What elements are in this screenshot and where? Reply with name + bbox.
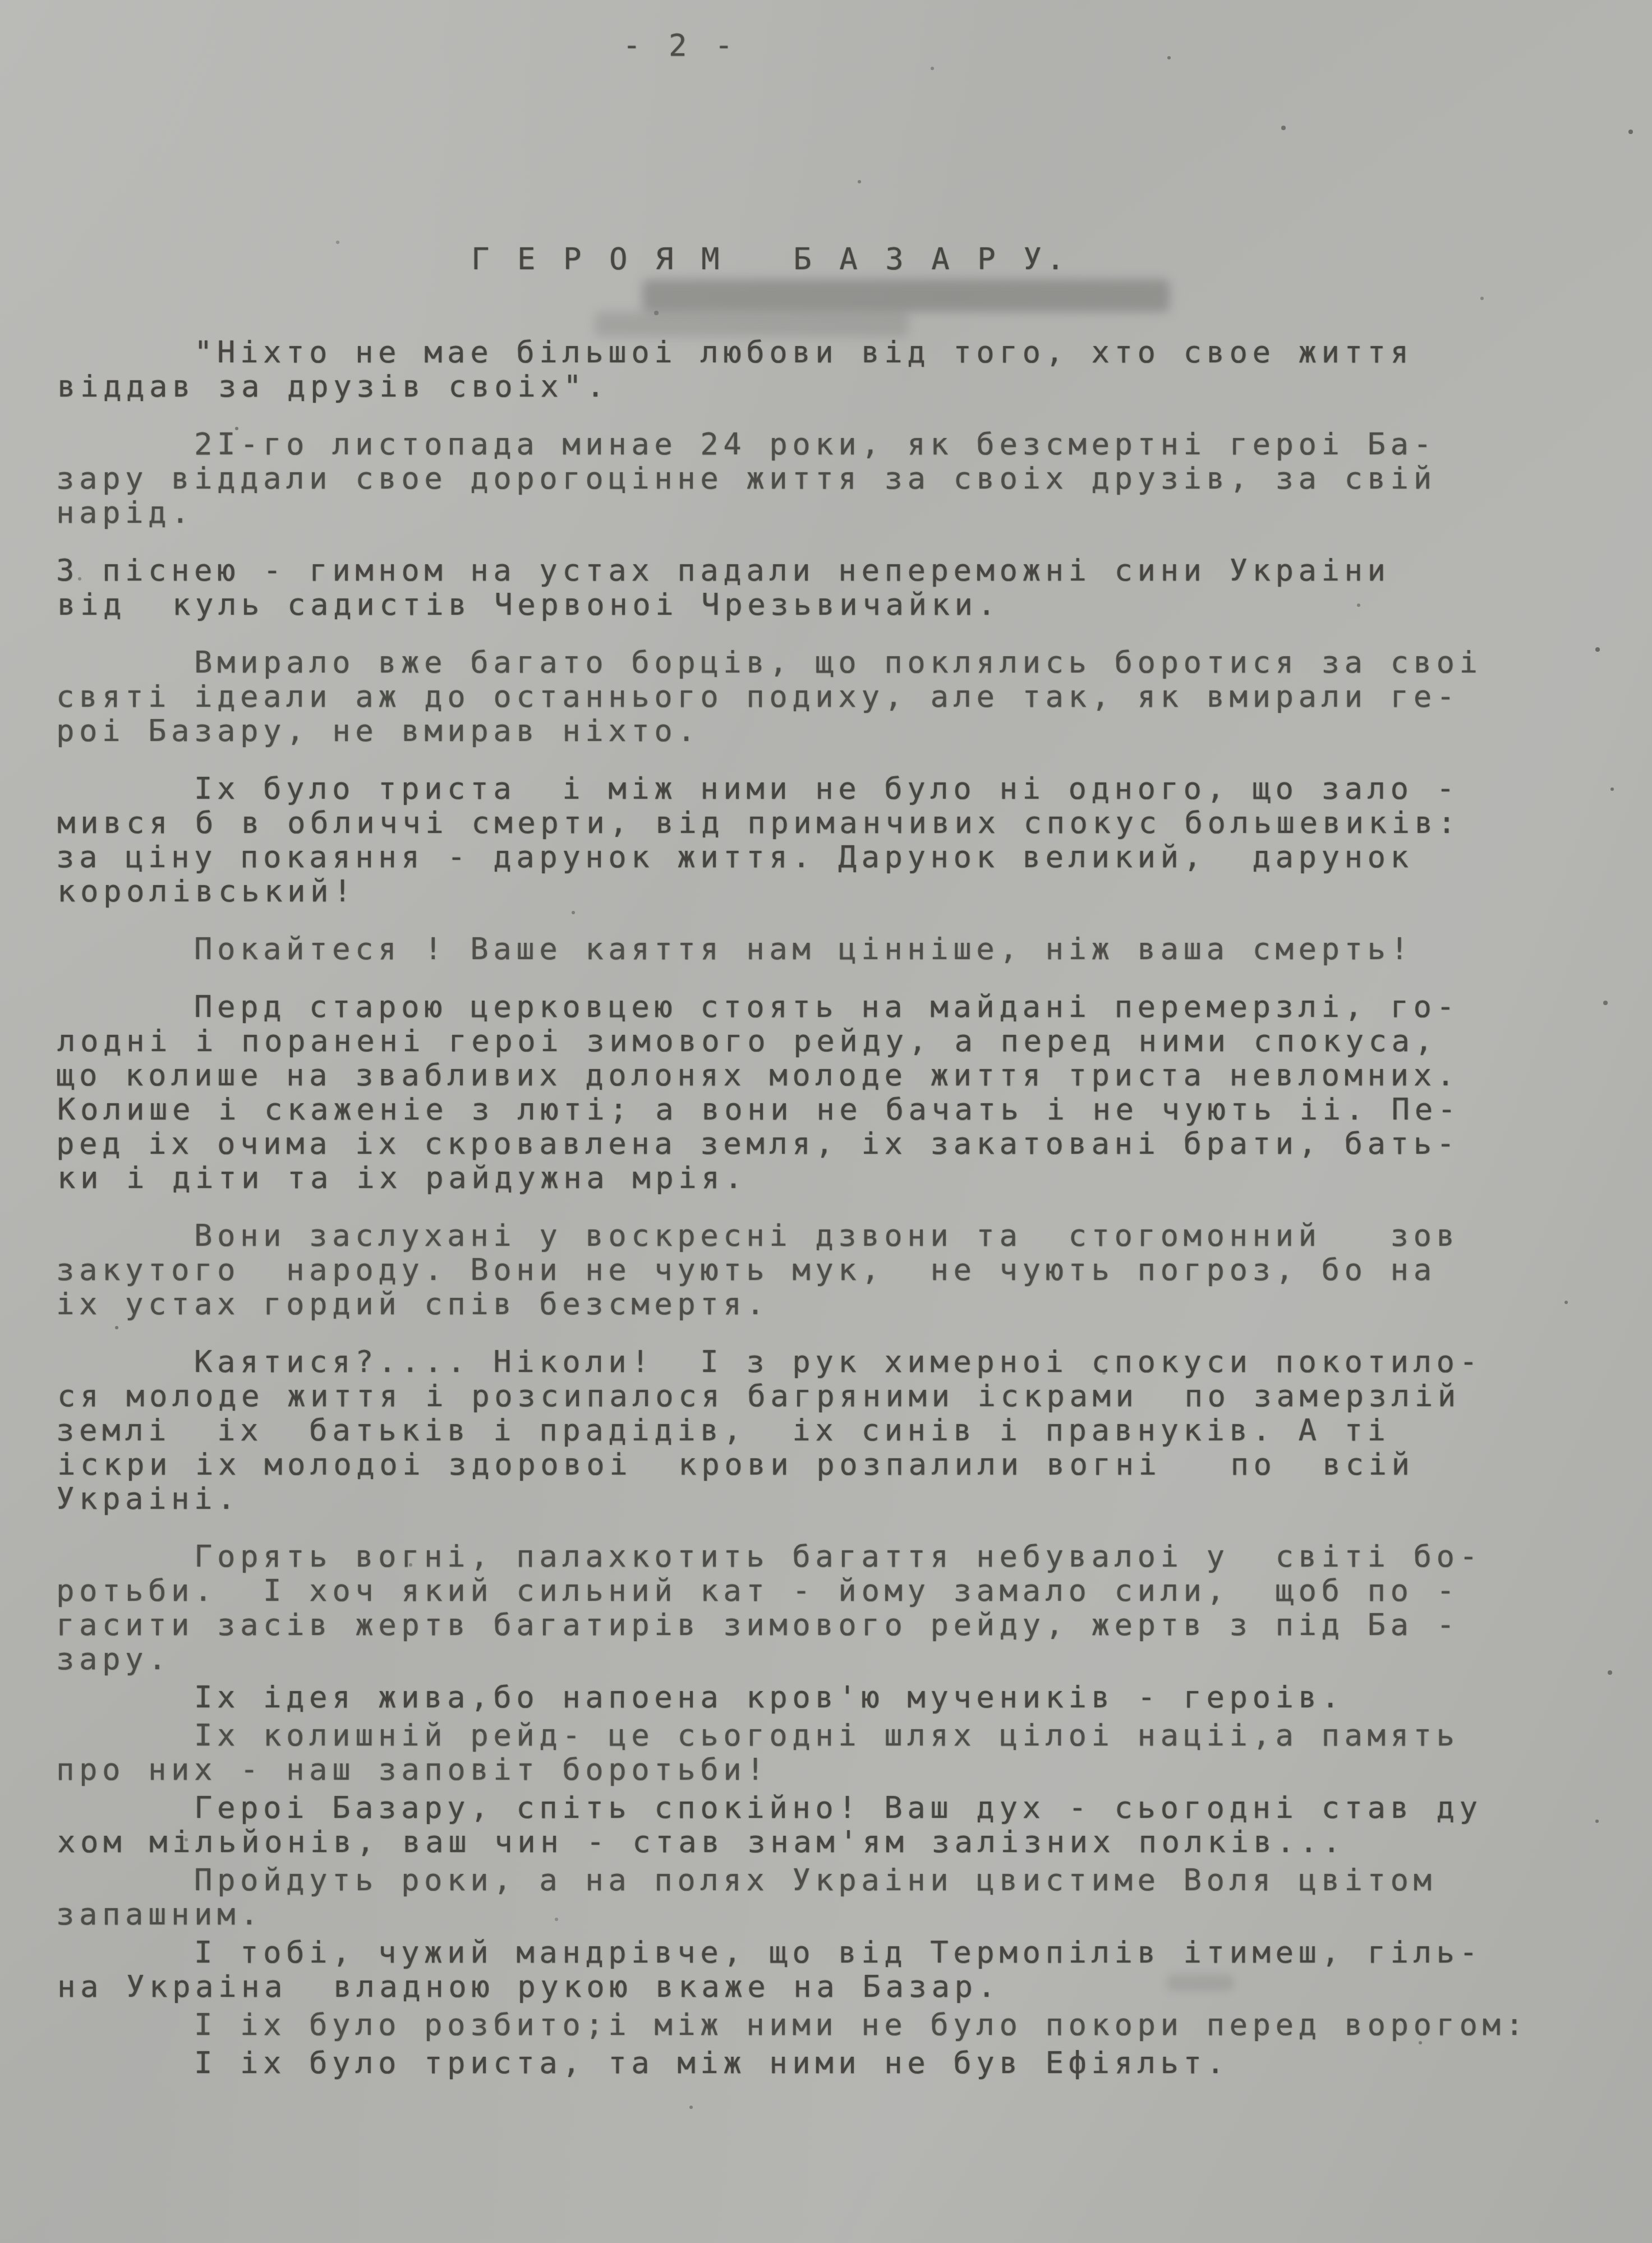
paragraph: Героі Базару, спіть спокійно! Ваш дух - … (56, 1790, 1602, 1859)
text-line: Іх було триста і між ними не було ні одн… (56, 771, 1602, 805)
text-line: Героі Базару, спіть спокійно! Ваш дух - … (56, 1790, 1602, 1825)
paragraph: Покайтеся ! Ваше каяття нам цінніше, ніж… (56, 932, 1602, 966)
paragraph: І іх було розбито;і між ними не було пок… (56, 2007, 1602, 2042)
text-line: іх устах гордий спів безсмертя. (56, 1287, 1602, 1321)
paragraph: З піснею - гимном на устах падали непере… (56, 553, 1602, 621)
text-line: від куль садистів Червоноі Чрезьвичайки. (57, 587, 1603, 621)
text-line: що колише на звабливих долонях молоде жи… (56, 1058, 1602, 1092)
text-line: зару віддали свое дорогоцінне життя за с… (56, 461, 1602, 495)
text-line: Украіні. (56, 1481, 1602, 1516)
paragraph: Іх колишній рейд- це сьогодні шлях цілоі… (56, 1718, 1602, 1786)
text-line: іскри іх молодоі здоровоі крови розпалил… (57, 1447, 1603, 1481)
text-line: роі Базару, не вмирав ніхто. (56, 713, 1602, 748)
paragraph: Вмирало вже багато борців, що поклялись … (56, 645, 1602, 748)
text-line: І іх було триста, та між ними не був Ефі… (56, 2046, 1602, 2080)
text-line: Каятися?.... Ніколи! І з рук химерноі сп… (56, 1344, 1602, 1379)
text-line: святі ідеали аж до останнього подиху, ал… (56, 679, 1602, 713)
text-line: Іх ідея жива,бо напоена кров'ю мучеників… (56, 1680, 1602, 1714)
paragraph: Іх було триста і між ними не було ні одн… (56, 771, 1602, 908)
text-line: зару. (56, 1642, 1602, 1676)
text-line: Колише і скаженіе з люті; а вони не бача… (57, 1092, 1603, 1126)
text-line: гасити засів жертв багатирів зимового ре… (56, 1608, 1602, 1642)
text-line: ред іх очима іх скровавлена земля, іх за… (56, 1126, 1602, 1160)
text-line: віддав за друзів своіх". (57, 369, 1603, 403)
text-line: на Украіна владною рукою вкаже на Базар. (57, 1969, 1603, 2003)
text-line: королівський! (57, 874, 1603, 908)
text-line: "Ніхто не мае більшоі любови від того, х… (56, 335, 1602, 369)
bleedthrough-smudge (642, 279, 1170, 312)
paragraph: Іх ідея жива,бо напоена кров'ю мучеників… (56, 1680, 1602, 1714)
page-number: - 2 - (623, 28, 1602, 62)
text-line: Горять вогні, палахкотить багаття небува… (56, 1539, 1602, 1573)
paragraph: Пройдуть роки, а на полях Украіни цвисти… (56, 1863, 1602, 1931)
paragraph: Горять вогні, палахкотить багаття небува… (56, 1539, 1602, 1676)
scanned-document-page: - 2 - Г Е Р О Я М Б А З А Р У. "Ніхто не… (0, 0, 1652, 2243)
text-line: про них - наш заповіт боротьби! (56, 1752, 1602, 1786)
text-line: нарід. (56, 495, 1602, 529)
scan-specks (0, 0, 2, 2)
text-line: Покайтеся ! Ваше каяття нам цінніше, ніж… (56, 932, 1602, 966)
document-title: Г Е Р О Я М Б А З А Р У. (471, 242, 1602, 276)
text-line: закутого народу. Вони не чують мук, не ч… (56, 1252, 1602, 1287)
text-line: І тобі, чужий мандрівче, що від Термопіл… (56, 1935, 1602, 1969)
text-line: ротьби. І хоч який сильний кат - йому за… (56, 1573, 1602, 1608)
text-line: Іх колишній рейд- це сьогодні шлях цілоі… (56, 1718, 1602, 1752)
text-line: Вмирало вже багато борців, що поклялись … (56, 645, 1602, 679)
text-line: хом мільйонів, ваш чин - став знам'ям за… (57, 1825, 1603, 1859)
text-line: Вони заслухані у воскресні дзвони та сто… (56, 1218, 1602, 1252)
paragraph: 2І-го листопада минае 24 роки, як безсме… (56, 427, 1602, 529)
text-line: мився б в обличчі смерти, від приманчиви… (57, 805, 1603, 840)
paragraph: І тобі, чужий мандрівче, що від Термопіл… (56, 1935, 1602, 2003)
paragraph: Перд старою церковцею стоять на майдані … (56, 989, 1602, 1195)
document-body: "Ніхто не мае більшоі любови від того, х… (56, 335, 1602, 2080)
text-line: ся молоде життя і розсипалося багряними … (57, 1379, 1603, 1413)
text-line: Перд старою церковцею стоять на майдані … (56, 989, 1602, 1024)
paragraph: Вони заслухані у воскресні дзвони та сто… (56, 1218, 1602, 1321)
bleedthrough-smudge-2 (595, 312, 909, 337)
text-line: запашним. (56, 1897, 1602, 1931)
text-line: 2І-го листопада минае 24 роки, як безсме… (56, 427, 1602, 461)
paragraph: Каятися?.... Ніколи! І з рук химерноі сп… (56, 1344, 1602, 1516)
paragraph: "Ніхто не мае більшоі любови від того, х… (56, 335, 1602, 403)
text-line: Пройдуть роки, а на полях Украіни цвисти… (56, 1863, 1602, 1897)
text-line: лодні і поранені героі зимового рейду, а… (57, 1024, 1603, 1058)
text-line: ки і діти та іх райдужна мрія. (57, 1160, 1603, 1195)
text-line: за ціну покаяння - дарунок життя. Даруно… (56, 840, 1602, 874)
text-line: З піснею - гимном на устах падали непере… (56, 553, 1602, 587)
text-line: І іх було розбито;і між ними не було пок… (56, 2007, 1602, 2042)
text-line: землі іх батьків і прадідів, іх синів і … (56, 1413, 1602, 1447)
paragraph: І іх було триста, та між ними не був Ефі… (56, 2046, 1602, 2080)
